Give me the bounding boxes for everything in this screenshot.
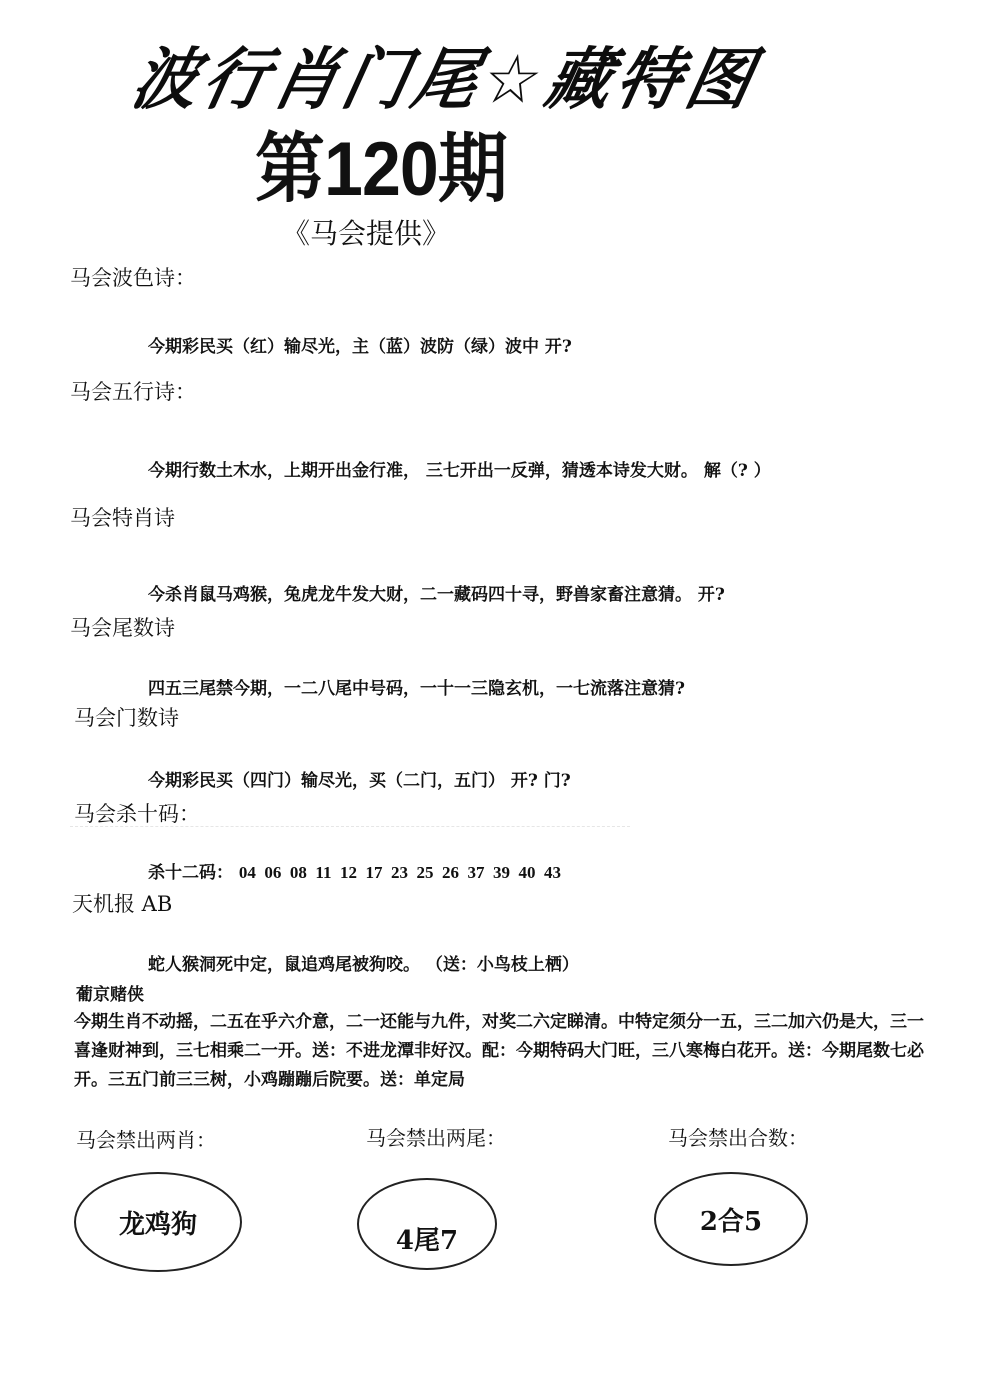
kill-twelve-prefix: 杀十二码： [148,863,233,883]
forbidden-zodiac-oval: 龙鸡狗 [74,1172,242,1272]
tianji-label: 天机报 AB [72,888,172,918]
kill-twelve-numbers: 04 06 08 11 12 17 23 25 26 37 39 40 43 [239,863,561,882]
wave-color-label: 马会波色诗： [70,262,196,292]
forbidden-tail-value: 4尾7 [396,1220,458,1257]
issue-number: 第120期 [255,108,507,217]
tianji-poem: 蛇人猴洞死中定，鼠追鸡尾被狗咬。 （送：小鸟枝上栖） [148,950,579,975]
pujing-label: 葡京赌侠 [76,980,144,1005]
forbidden-zodiac-label: 马会禁出两肖： [76,1124,216,1153]
special-zodiac-poem: 今杀肖鼠马鸡猴，兔虎龙牛发大财，二一藏码四十寻，野兽家畜注意猜。 开? [148,580,725,605]
faint-divider [70,826,630,827]
kill-ten-label: 马会杀十码： [74,798,200,828]
forbidden-tail-oval: 4尾7 [357,1178,497,1270]
door-number-poem: 今期彩民买（四门）输尽光，买（二门，五门） 开? 门? [148,766,571,791]
special-zodiac-label: 马会特肖诗 [70,502,175,532]
five-elements-poem: 今期行数土木水，上期开出金行准， 三七开出一反弹，猜透本诗发大财。 解（? ） [148,456,771,481]
pujing-text: 今期生肖不动摇，二五在乎六介意，二一还能与九件，对奖二六定睇清。中特定须分一五，… [74,1008,924,1095]
forbidden-tail-label: 马会禁出两尾： [366,1122,506,1151]
wave-color-poem: 今期彩民买（红）输尽光，主（蓝）波防（绿）波中 开? [148,332,572,357]
tail-number-poem: 四五三尾禁今期，一二八尾中号码，一十一三隐玄机，一七流落注意猜? [148,674,685,699]
forbidden-sum-oval: 2合5 [654,1172,808,1266]
door-number-label: 马会门数诗 [74,702,179,732]
forbidden-sum-value: 2合5 [700,1201,762,1238]
five-elements-label: 马会五行诗： [70,376,196,406]
tail-number-label: 马会尾数诗 [70,612,175,642]
forbidden-sum-label: 马会禁出合数： [668,1122,808,1151]
provided-by: 《马会提供》 [282,212,450,252]
kill-twelve-row: 杀十二码： 04 06 08 11 12 17 23 25 26 37 39 4… [148,858,561,883]
forbidden-zodiac-value: 龙鸡狗 [119,1204,197,1241]
